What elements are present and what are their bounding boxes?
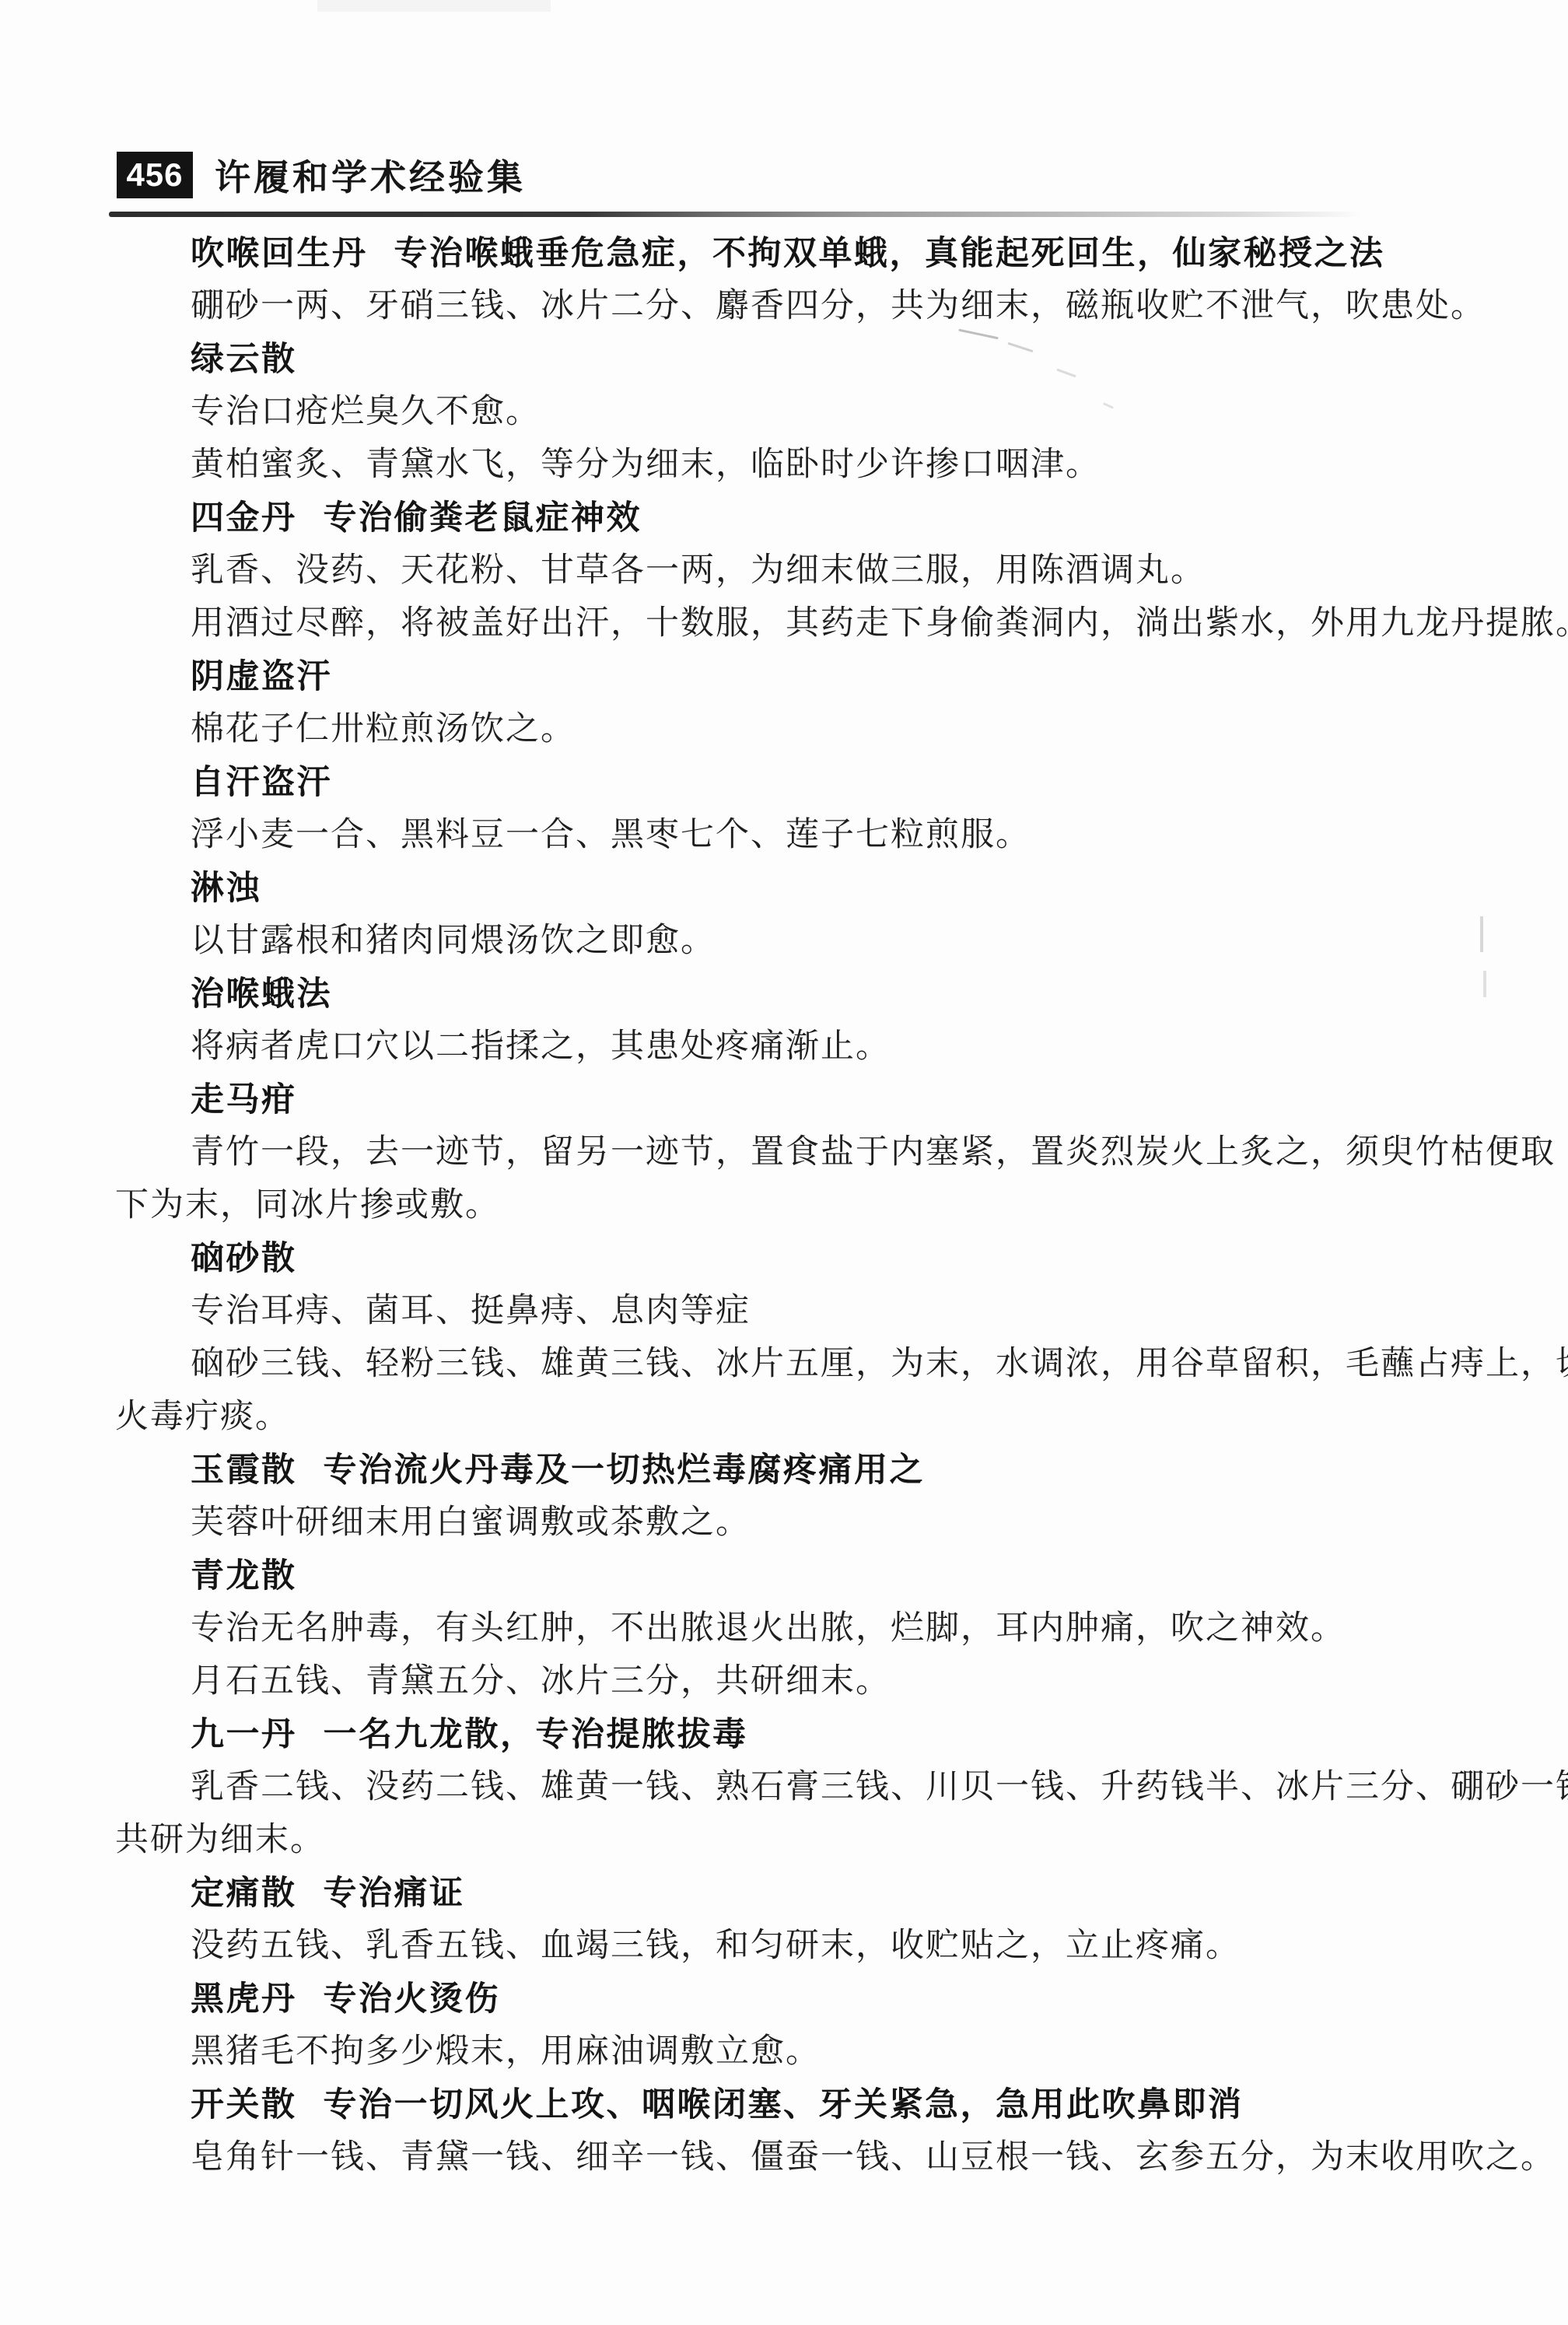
scan-artifact-top-bar [317,0,551,12]
formula-heading: 开关散专治一切风火上攻、咽喉闭塞、牙关紧急，急用此吹鼻即消 [101,2078,1514,2131]
formula-subtitle: 专治流火丹毒及一切热烂毒腐疼痛用之 [324,1451,926,1489]
formula-text: 火毒疔痰。 [101,1391,1514,1444]
formula-heading: 治喉蛾法 [101,968,1514,1021]
formula-text: 下为末，同冰片掺或敷。 [101,1179,1514,1232]
formula-heading: 吹喉回生丹专治喉蛾垂危急症，不拘双单蛾，真能起死回生，仙家秘授之法 [101,227,1514,280]
formula-subtitle: 专治偷粪老鼠症神效 [324,499,642,537]
formula-text: 棉花子仁卅粒煎汤饮之。 [101,703,1514,756]
formula-text: 硇砂三钱、轻粉三钱、雄黄三钱、冰片五厘，为末，水调浓，用谷草留积，毛蘸占痔上，切… [101,1338,1514,1391]
formula-name: 淋浊 [191,870,261,907]
formula-subtitle: 专治喉蛾垂危急症，不拘双单蛾，真能起死回生，仙家秘授之法 [394,235,1385,272]
running-head: 456 许履和学术经验集 [117,149,526,201]
formula-name: 吹喉回生丹 [191,235,368,272]
formula-heading: 硇砂散 [101,1232,1514,1285]
formula-text: 共研为细末。 [101,1814,1514,1867]
page-body: 吹喉回生丹专治喉蛾垂危急症，不拘双单蛾，真能起死回生，仙家秘授之法硼砂一两、牙硝… [101,227,1514,2184]
formula-text: 皂角针一钱、青黛一钱、细辛一钱、僵蚕一钱、山豆根一钱、玄参五分，为末收用吹之。 [101,2131,1514,2184]
formula-heading: 九一丹一名九龙散，专治提脓拔毒 [101,1708,1514,1761]
formula-heading: 玉霞散专治流火丹毒及一切热烂毒腐疼痛用之 [101,1444,1514,1497]
page-number-badge: 456 [117,152,193,198]
formula-text: 青竹一段，去一迹节，留另一迹节，置食盐于内塞紧，置炎烈炭火上炙之，须臾竹枯便取 [101,1126,1514,1179]
formula-name: 开关散 [191,2086,297,2124]
formula-text: 没药五钱、乳香五钱、血竭三钱，和匀研末，收贮贴之，立止疼痛。 [101,1920,1514,1973]
formula-heading: 定痛散专治痛证 [101,1867,1514,1920]
formula-heading: 黑虎丹专治火烫伤 [101,1973,1514,2026]
formula-text: 乳香、没药、天花粉、甘草各一两，为细末做三服，用陈酒调丸。 [101,544,1514,597]
formula-heading: 淋浊 [101,862,1514,915]
formula-heading: 四金丹专治偷粪老鼠症神效 [101,492,1514,544]
formula-name: 九一丹 [191,1716,297,1753]
formula-name: 治喉蛾法 [191,975,332,1013]
formula-text: 专治无名肿毒，有头红肿，不出脓退火出脓，烂脚，耳内肿痛，吹之神效。 [101,1602,1514,1655]
formula-name: 青龙散 [191,1557,297,1595]
formula-text: 用酒过尽醉，将被盖好出汗，十数服，其药走下身偷粪洞内，淌出紫水，外用九龙丹提脓。 [101,597,1514,650]
formula-text: 专治耳痔、菌耳、挺鼻痔、息肉等症 [101,1285,1514,1338]
formula-text: 专治口疮烂臭久不愈。 [101,386,1514,439]
formula-heading: 阴虚盗汗 [101,650,1514,703]
formula-subtitle: 专治痛证 [324,1875,465,1912]
formula-name: 走马疳 [191,1081,297,1119]
formula-heading: 走马疳 [101,1073,1514,1126]
formula-name: 硇砂散 [191,1240,297,1277]
formula-subtitle: 一名九龙散，专治提脓拔毒 [324,1716,748,1753]
book-title: 许履和学术经验集 [215,149,526,201]
formula-text: 以甘露根和猪肉同煨汤饮之即愈。 [101,915,1514,968]
formula-name: 绿云散 [191,341,297,378]
formula-text: 硼砂一两、牙硝三钱、冰片二分、麝香四分，共为细末，磁瓶收贮不泄气，吹患处。 [101,280,1514,333]
page-number: 456 [126,156,183,194]
formula-heading: 青龙散 [101,1549,1514,1602]
formula-text: 将病者虎口穴以二指揉之，其患处疼痛渐止。 [101,1021,1514,1073]
formula-name: 玉霞散 [191,1451,297,1489]
formula-name: 阴虚盗汗 [191,658,332,695]
formula-text: 黑猪毛不拘多少煅末，用麻油调敷立愈。 [101,2026,1514,2078]
formula-name: 自汗盗汗 [191,764,332,801]
formula-name: 定痛散 [191,1875,297,1912]
formula-text: 月石五钱、青黛五分、冰片三分，共研细末。 [101,1655,1514,1708]
scanned-book-page: { "page": { "number": "456", "book_title… [0,0,1568,2325]
formula-text: 乳香二钱、没药二钱、雄黄一钱、熟石膏三钱、川贝一钱、升药钱半、冰片三分、硼砂一钱… [101,1761,1514,1814]
formula-text: 芙蓉叶研细末用白蜜调敷或茶敷之。 [101,1497,1514,1549]
formula-heading: 绿云散 [101,333,1514,386]
formula-subtitle: 专治火烫伤 [324,1980,501,2018]
formula-text: 浮小麦一合、黑料豆一合、黑枣七个、莲子七粒煎服。 [101,809,1514,862]
formula-name: 四金丹 [191,499,297,537]
formula-name: 黑虎丹 [191,1980,297,2018]
formula-text: 黄柏蜜炙、青黛水飞，等分为细末，临卧时少许掺口咽津。 [101,439,1514,492]
formula-subtitle: 专治一切风火上攻、咽喉闭塞、牙关紧急，急用此吹鼻即消 [324,2086,1244,2124]
formula-heading: 自汗盗汗 [101,756,1514,809]
header-rule [109,212,1363,217]
